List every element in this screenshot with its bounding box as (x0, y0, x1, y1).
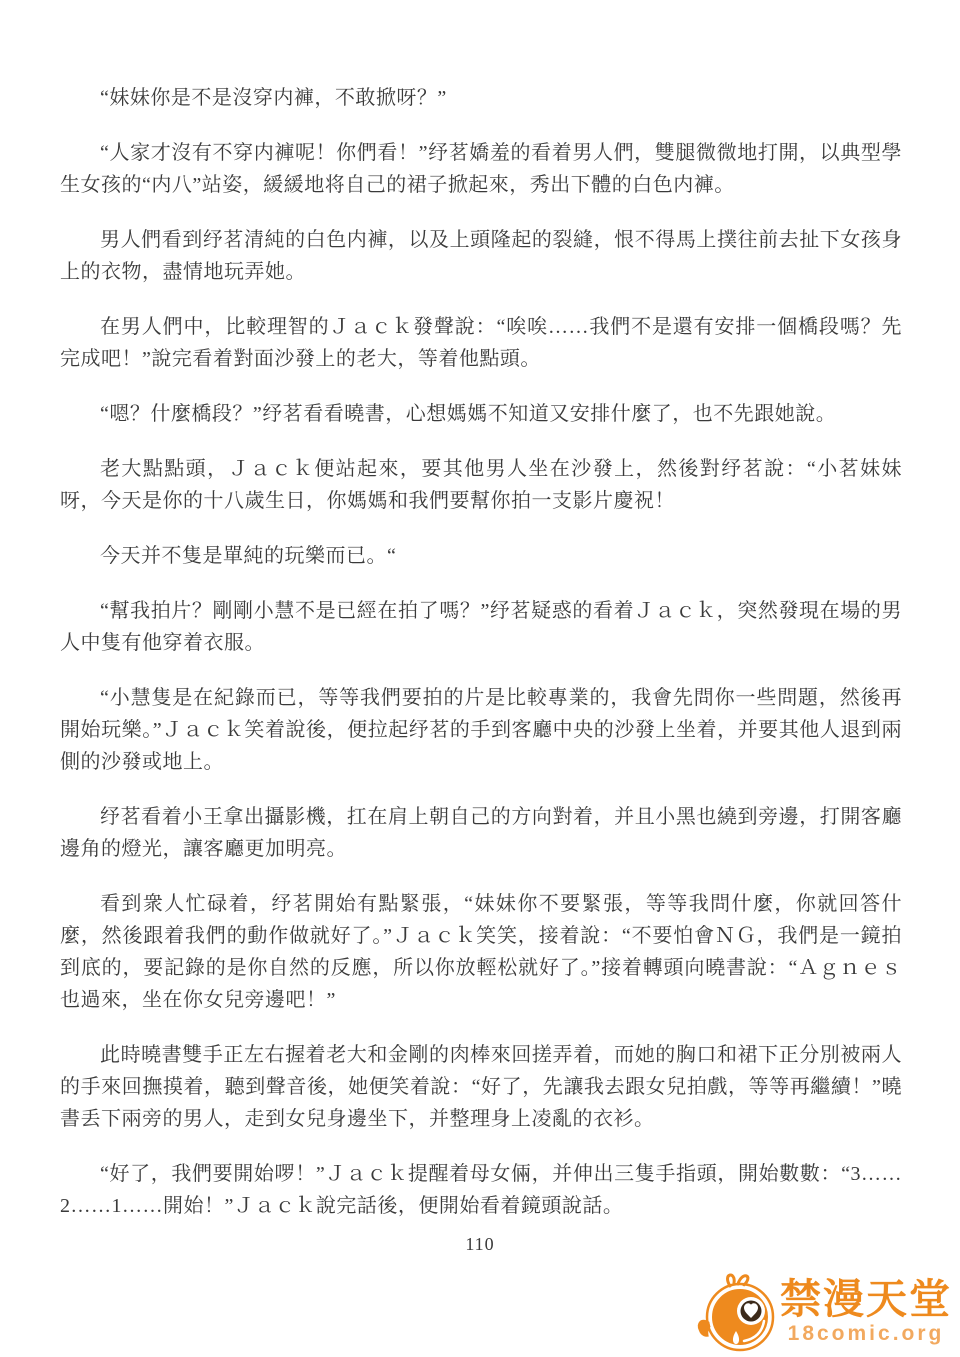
whale-heart-eye-icon (694, 1269, 778, 1353)
paragraph: “妹妹你是不是沒穿内褲，不敢掀呀？” (60, 82, 902, 114)
paragraph: 男人們看到纾茗清純的白色内褲，以及上頭隆起的裂縫，恨不得馬上撲往前去扯下女孩身上… (60, 224, 902, 288)
text-block: “妹妹你是不是沒穿内褲，不敢掀呀？” “人家才沒有不穿内褲呢！你們看！”纾茗嬌羞… (60, 82, 902, 1245)
paragraph: 今天并不隻是單純的玩樂而已。“ (60, 540, 902, 572)
paragraph: “嗯？什麼橋段？”纾茗看看曉書，心想媽媽不知道又安排什麼了，也不先跟她說。 (60, 398, 902, 430)
paragraph: 纾茗看着小王拿出攝影機，扛在肩上朝自己的方向對着，并且小黑也繞到旁邊，打開客廳邊… (60, 801, 902, 865)
paragraph: 此時曉書雙手正左右握着老大和金剛的肉棒來回搓弄着，而她的胸口和裙下正分別被兩人的… (60, 1039, 902, 1135)
brand-domain: 18comic.org (788, 1323, 945, 1344)
brand-name: 禁漫天堂 (780, 1279, 952, 1320)
wordmark: 禁漫天堂 18comic.org (780, 1279, 952, 1344)
paragraph: 老大點點頭，Ｊａｃｋ便站起來，要其他男人坐在沙發上，然後對纾茗說：“小茗妹妹呀，… (60, 453, 902, 517)
paragraph: “人家才沒有不穿内褲呢！你們看！”纾茗嬌羞的看着男人們，雙腿微微地打開，以典型學… (60, 137, 902, 201)
paragraph: “幫我拍片？剛剛小慧不是已經在拍了嗎？”纾茗疑惑的看着Ｊａｃｋ，突然發現在場的男… (60, 595, 902, 659)
paragraph: 看到衆人忙碌着，纾茗開始有點緊張，“妹妹你不要緊張，等等我問什麼，你就回答什麼，… (60, 888, 902, 1016)
paragraph: 在男人們中，比較理智的Ｊａｃｋ發聲說：“唉唉……我們不是還有安排一個橋段嗎？先完… (60, 311, 902, 375)
paragraph: “好了，我們要開始啰！”Ｊａｃｋ提醒着母女倆，并伸出三隻手指頭，開始數數：“3…… (60, 1158, 902, 1222)
document-page: “妹妹你是不是沒穿内褲，不敢掀呀？” “人家才沒有不穿内褲呢！你們看！”纾茗嬌羞… (0, 0, 960, 1357)
page-number: 110 (0, 1234, 960, 1255)
watermark-logo: 禁漫天堂 18comic.org (694, 1269, 952, 1353)
paragraph: “小慧隻是在紀錄而已，等等我們要拍的片是比較專業的，我會先問你一些問題，然後再開… (60, 682, 902, 778)
